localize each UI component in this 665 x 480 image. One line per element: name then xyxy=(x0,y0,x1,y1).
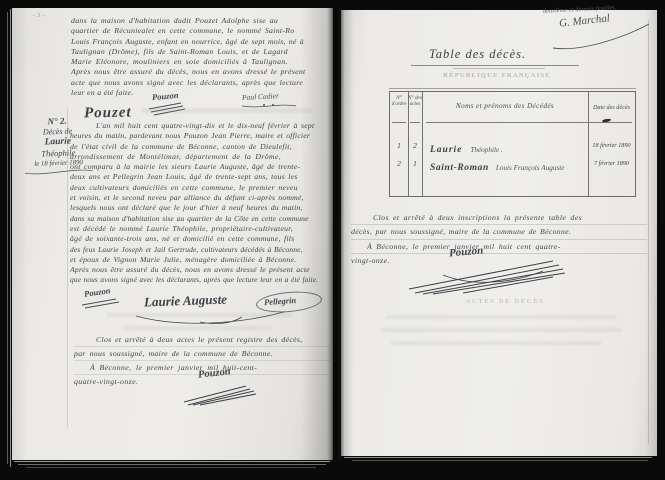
act1-continuation: dans la maison d'habitation dudit Pouzet… xyxy=(71,16,333,98)
bleedthrough xyxy=(386,315,616,319)
text-line: Marie Eléonore, mouliniers en soie domic… xyxy=(71,57,333,67)
text-line: Clos et arrêté à deux inscriptions la pr… xyxy=(351,211,647,225)
text-line: par nous soussigné, maire de la commune … xyxy=(74,347,330,361)
page-stack-edge xyxy=(344,457,652,458)
signature-oval-flourish xyxy=(255,289,322,315)
table-row: 2 1 Saint-Roman Louis François Auguste 7… xyxy=(390,157,635,173)
text-line: décès, par nous soussigné, maire de la c… xyxy=(351,225,647,239)
text-line: est décédé le nommé Laurie Théophile, pr… xyxy=(70,224,334,234)
header-noms: Noms et prénoms des Décédés xyxy=(422,102,588,110)
cell-date: 7 février 1890 xyxy=(588,160,635,167)
margin-rule xyxy=(648,20,649,444)
signature-hatch-flourish xyxy=(180,378,260,406)
cell-ordre: 2 xyxy=(390,159,408,168)
text-line: leur en a été faite. xyxy=(71,88,333,98)
header-date: Date des décès xyxy=(588,104,635,111)
cell-acte: 2 xyxy=(408,141,422,150)
page-stack-edge xyxy=(352,460,648,461)
cell-date: 18 février 1890 xyxy=(588,142,635,149)
text-line: quartier de Récuniealet en cette commune… xyxy=(71,26,333,36)
cell-name: Saint-Roman Louis François Auguste xyxy=(430,157,588,175)
text-line: et voisin, et le second neveu par allian… xyxy=(70,193,334,203)
deceased-surname: Laurie xyxy=(430,145,462,155)
text-line: Après nous être assuré du décès, nous en… xyxy=(71,67,333,77)
text-line: deux ans et Pellegrin Jean Louis, âgé de… xyxy=(70,172,334,182)
deceased-surname: Saint-Roman xyxy=(430,163,489,173)
text-line: de l'état civil de la commune de Béconne… xyxy=(70,142,334,152)
act2-body: L'an mil huit cent quatre-vingt-dix et l… xyxy=(70,121,334,286)
bleedthrough xyxy=(391,341,601,345)
text-line: acte que nous avons signé avec les décla… xyxy=(71,78,333,88)
text-line: ont comparu à la mairie les sieurs Lauri… xyxy=(70,162,334,172)
header-actes: N° des actes xyxy=(408,95,422,107)
text-line: deux cultivateurs domiciliés en cette co… xyxy=(70,183,334,193)
deceased-given-names: Théophile . xyxy=(470,146,502,154)
signature-swoosh xyxy=(551,22,651,50)
text-line: arrondissement de Montélimar, départemen… xyxy=(70,152,334,162)
bleedthrough-heading: ACTES DE DÉCÈS xyxy=(445,298,565,305)
header-separator xyxy=(426,122,632,123)
text-line: âgé de soixante-trois ans, né et domicil… xyxy=(70,234,334,244)
cell-acte: 1 xyxy=(408,159,422,168)
bleedthrough xyxy=(381,328,621,332)
right-page: deuxième et dernier feuillet, G. Marchal… xyxy=(341,10,657,456)
bleedthrough xyxy=(122,326,272,330)
signature-witness-act1: Paul Cadier xyxy=(242,91,279,102)
header-separator xyxy=(392,122,406,123)
book-gutter xyxy=(327,8,344,460)
text-line: L'an mil huit cent quatre-vingt-dix et l… xyxy=(70,121,334,131)
book-left-edge-line xyxy=(7,12,8,464)
page-number-mark: – 3 – xyxy=(32,12,45,19)
page-stack-edge xyxy=(26,467,316,468)
bleedthrough xyxy=(107,313,292,317)
table-border-accent xyxy=(389,88,636,89)
text-line: heures du matin, pardevant nous Pouzon J… xyxy=(70,131,334,141)
text-line: lesquels nous ont déclaré que le jour d'… xyxy=(70,203,334,213)
signature-flourish xyxy=(80,297,122,311)
page-stack-edge xyxy=(14,461,330,462)
text-line: des feus Laurie Joseph et Jail Gertrude,… xyxy=(70,245,334,255)
cell-ordre: 1 xyxy=(390,141,408,150)
cell-name: Laurie Théophile . xyxy=(430,139,588,157)
deceased-given-names: Louis François Auguste xyxy=(496,164,565,172)
table-title: Table des décès. xyxy=(429,47,526,62)
text-line: dans la maison d'habitation dudit Pouzet… xyxy=(71,16,333,26)
title-underline xyxy=(453,68,545,69)
text-line: Après nous être assuré du décès, nous en… xyxy=(70,265,334,275)
book-left-edge-line xyxy=(10,9,11,467)
title-underline xyxy=(411,65,579,66)
signature-hatch-flourish xyxy=(403,253,573,295)
bleedthrough-heading: RÉPUBLIQUE FRANÇAISE xyxy=(421,72,573,79)
bleedthrough xyxy=(142,108,312,113)
header-separator xyxy=(410,122,420,123)
left-page: – 3 – dans la maison d'habitation dudit … xyxy=(12,8,333,460)
text-line: Taulignan (Drôme), fils de Saint-Roman L… xyxy=(71,47,333,57)
table-row: 1 2 Laurie Théophile . 18 février 1890 xyxy=(390,139,635,155)
header-ordre: N° d'ordre xyxy=(390,95,408,107)
deaths-table: N° d'ordre N° des actes Noms et prénoms … xyxy=(389,91,636,197)
text-line: Louis François Auguste, enfant en nourri… xyxy=(71,37,333,47)
register-scan: – 3 – dans la maison d'habitation dudit … xyxy=(0,0,665,480)
page-stack-edge xyxy=(18,464,326,465)
text-line: Clos et arrêté à deux actes le présent r… xyxy=(74,333,330,347)
text-line: dans sa maison d'habitation sise au quar… xyxy=(70,214,334,224)
text-line: et époux de Vignon Marie Julie, ménagère… xyxy=(70,255,334,265)
